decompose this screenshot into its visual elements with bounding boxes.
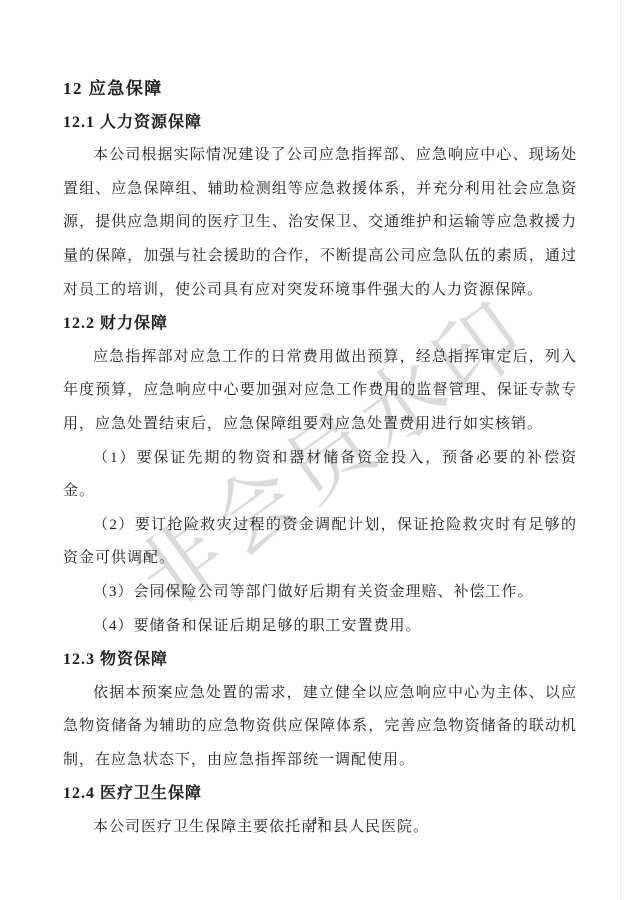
page-number: 45 xyxy=(0,815,636,827)
list-item: （1）要保证先期的物资和器材储备资金投入，预备必要的补偿资金。 xyxy=(63,442,577,509)
list-item: （2）要订抢险救灾过程的资金调配计划，保证抢险救灾时有足够的资金可供调配。 xyxy=(63,509,577,576)
list-item: （3）会同保险公司等部门做好后期有关资金理赔、补偿工作。 xyxy=(63,576,577,610)
section-supplies: 12.3 物资保障 依据本预案应急处置的需求，建立健全以应急响应中心为主体、以应… xyxy=(63,643,577,777)
section-heading-12-4: 12.4 医疗卫生保障 xyxy=(63,777,577,811)
document-content: 12 应急保障 12.1 人力资源保障 本公司根据实际情况建设了公司应急指挥部、… xyxy=(63,72,577,845)
page-edge-shadow xyxy=(620,0,621,900)
section-human-resources: 12.1 人力资源保障 本公司根据实际情况建设了公司应急指挥部、应急响应中心、现… xyxy=(63,106,577,308)
section-heading-12-3: 12.3 物资保障 xyxy=(63,643,577,677)
section-financial: 12.2 财力保障 应急指挥部对应急工作的日常费用做出预算，经总指挥审定后，列入… xyxy=(63,307,577,643)
paragraph: 依据本预案应急处置的需求，建立健全以应急响应中心为主体、以应急物资储备为辅助的应… xyxy=(63,677,577,778)
chapter-heading: 12 应急保障 xyxy=(63,72,577,106)
section-heading-12-1: 12.1 人力资源保障 xyxy=(63,106,577,140)
document-page: 非会员水印 12 应急保障 12.1 人力资源保障 本公司根据实际情况建设了公司… xyxy=(0,0,636,900)
section-medical: 12.4 医疗卫生保障 本公司医疗卫生保障主要依托南和县人民医院。 xyxy=(63,777,577,844)
section-heading-12-2: 12.2 财力保障 xyxy=(63,307,577,341)
list-item: （4）要储备和保证后期足够的职工安置费用。 xyxy=(63,610,577,644)
paragraph: 本公司根据实际情况建设了公司应急指挥部、应急响应中心、现场处置组、应急保障组、辅… xyxy=(63,139,577,307)
paragraph: 应急指挥部对应急工作的日常费用做出预算，经总指挥审定后，列入年度预算，应急响应中… xyxy=(63,341,577,442)
